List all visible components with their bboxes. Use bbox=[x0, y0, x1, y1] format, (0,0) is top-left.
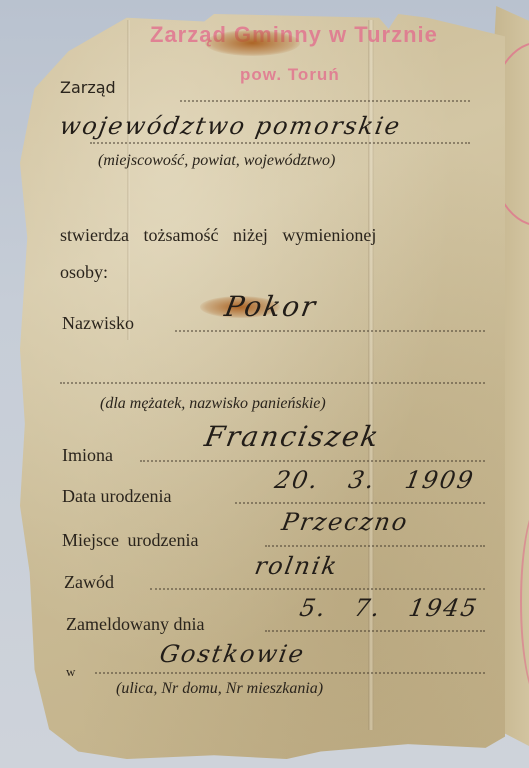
dotted-line bbox=[140, 460, 485, 462]
first-names-label: Imiona bbox=[62, 445, 113, 466]
birth-place-label: Miejsce urodzenia bbox=[62, 530, 198, 551]
registered-date-value: 5. 7. 1945 bbox=[298, 594, 481, 622]
first-names-value: Franciszek bbox=[202, 420, 383, 453]
occupation-label: Zawód bbox=[64, 572, 114, 593]
surname-value: Pokor bbox=[222, 290, 320, 323]
address-hint: (ulica, Nr domu, Nr mieszkania) bbox=[116, 680, 323, 698]
statement-line2: osoby: bbox=[60, 262, 108, 283]
dotted-line bbox=[95, 672, 485, 674]
authority-hint: (miejscowość, powiat, województwo) bbox=[98, 152, 335, 170]
fold-crease-left bbox=[127, 20, 130, 340]
authority-label: Zarząd bbox=[60, 78, 116, 97]
address-label: w bbox=[66, 664, 75, 680]
birth-place-value: Przeczno bbox=[280, 508, 411, 536]
registered-label: Zameldowany dnia bbox=[66, 614, 204, 635]
address-value: Gostkowie bbox=[158, 640, 308, 668]
rust-stain bbox=[205, 30, 300, 56]
dotted-line bbox=[265, 545, 485, 547]
dotted-line bbox=[175, 330, 485, 332]
statement-line1: stwierdza tożsamość niżej wymienionej bbox=[60, 225, 376, 246]
dotted-line bbox=[265, 630, 485, 632]
birth-date-label: Data urodzenia bbox=[62, 486, 171, 507]
dotted-line bbox=[180, 100, 470, 102]
surname-label: Nazwisko bbox=[62, 313, 134, 334]
office-stamp-line2: pow. Toruń bbox=[240, 65, 340, 85]
birth-date-value: 20. 3. 1909 bbox=[273, 466, 477, 494]
authority-handwritten: województwo pomorskie bbox=[58, 112, 404, 140]
dotted-line bbox=[235, 502, 485, 504]
maiden-name-hint: (dla mężatek, nazwisko panieńskie) bbox=[100, 395, 326, 413]
dotted-line bbox=[150, 588, 485, 590]
dotted-line bbox=[60, 382, 485, 384]
occupation-value: rolnik bbox=[253, 552, 341, 580]
dotted-line bbox=[90, 142, 470, 144]
